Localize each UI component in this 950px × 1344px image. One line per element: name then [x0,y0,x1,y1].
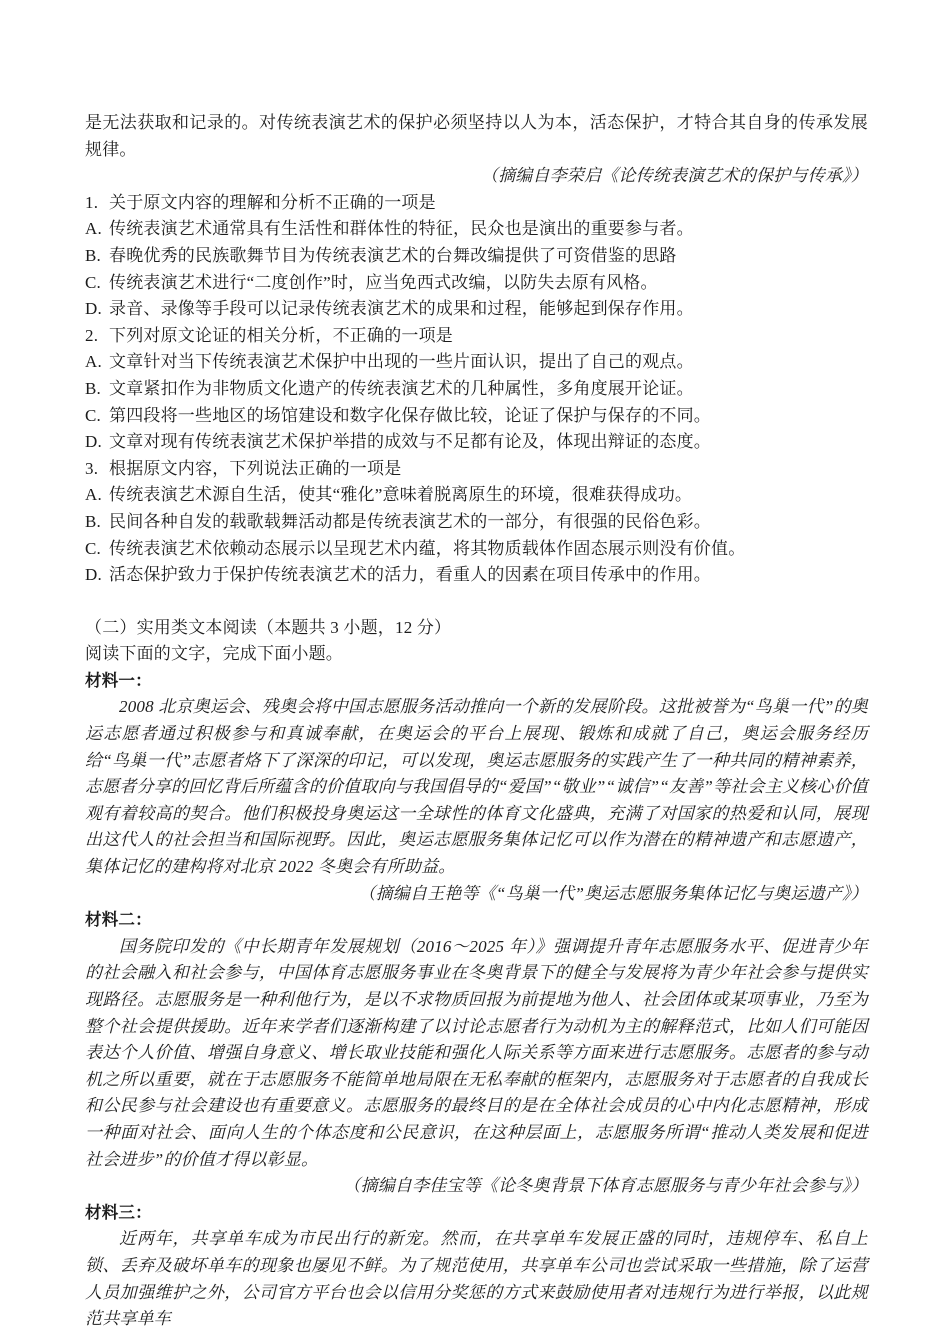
material-1-attribution: （摘编自王艳等《“鸟巢一代”奥运志愿服务集体记忆与奥运遗产》） [85,881,868,908]
question-2-option-d: D. 文章对现有传统表演艺术保护举措的成效与不足都有论及，体现出辩证的态度。 [85,429,868,456]
option-c-text: 传统表演艺术进行“二度创作”时，应当免西式改编，以防失去原有风格。 [109,270,658,297]
question-2-stem: 2. 下列对原文论证的相关分析，不正确的一项是 [85,323,868,350]
option-c-label: C. [85,536,109,563]
question-1-option-c: C. 传统表演艺术进行“二度创作”时，应当免西式改编，以防失去原有风格。 [85,270,868,297]
question-1-option-b: B. 春晚优秀的民族歌舞节目为传统表演艺术的台舞改编提供了可资借鉴的思路 [85,243,868,270]
material-2-paragraph: 国务院印发的《中长期青年发展规划（2016～2025 年）》强调提升青年志愿服务… [85,934,868,1173]
question-1-number: 1. [85,190,109,217]
question-1-option-d: D. 录音、录像等手段可以记录传统表演艺术的成果和过程，能够起到保存作用。 [85,296,868,323]
question-3-stem: 3. 根据原文内容，下列说法正确的一项是 [85,456,868,483]
question-3-stem-text: 根据原文内容，下列说法正确的一项是 [109,456,401,483]
option-b-label: B. [85,243,109,270]
question-3-option-c: C. 传统表演艺术依赖动态展示以呈现艺术内蕴，将其物质载体作固态展示则没有价值。 [85,536,868,563]
option-a-text: 传统表演艺术通常具有生活性和群体性的特征，民众也是演出的重要参与者。 [109,216,694,243]
question-3-option-b: B. 民间各种自发的载歌载舞活动都是传统表演艺术的一部分，有很强的民俗色彩。 [85,509,868,536]
option-d-label: D. [85,562,109,589]
question-2-option-c: C. 第四段将一些地区的场馆建设和数字化保存做比较，论证了保护与保存的不同。 [85,403,868,430]
option-c-label: C. [85,403,109,430]
question-3-option-d: D. 活态保护致力于保护传统表演艺术的活力，看重人的因素在项目传承中的作用。 [85,562,868,589]
material-2-attribution: （摘编自李佳宝等《论冬奥背景下体育志愿服务与青少年社会参与》） [85,1173,868,1200]
material-3-paragraph: 近两年，共享单车成为市民出行的新宠。然而，在共享单车发展正盛的同时，违规停车、私… [85,1226,868,1332]
question-1-option-a: A. 传统表演艺术通常具有生活性和群体性的特征，民众也是演出的重要参与者。 [85,216,868,243]
option-a-label: A. [85,482,109,509]
exam-page: 是无法获取和记录的。对传统表演艺术的保护必须坚持以人为本，活态保护，才特合其自身… [85,0,868,1333]
question-2-number: 2. [85,323,109,350]
option-a-text: 文章针对当下传统表演艺术保护中出现的一些片面认识，提出了自己的观点。 [109,349,694,376]
option-c-text: 第四段将一些地区的场馆建设和数字化保存做比较，论证了保护与保存的不同。 [109,403,711,430]
question-1-stem-text: 关于原文内容的理解和分析不正确的一项是 [109,190,436,217]
option-c-text: 传统表演艺术依赖动态展示以呈现艺术内蕴，将其物质载体作固态展示则没有价值。 [109,536,745,563]
option-b-text: 文章紧扣作为非物质文化遗产的传统表演艺术的几种属性，多角度展开论证。 [109,376,694,403]
option-d-text: 录音、录像等手段可以记录传统表演艺术的成果和过程，能够起到保存作用。 [109,296,694,323]
option-c-label: C. [85,270,109,297]
option-b-text: 春晚优秀的民族歌舞节目为传统表演艺术的台舞改编提供了可资借鉴的思路 [109,243,677,270]
option-b-text: 民间各种自发的载歌载舞活动都是传统表演艺术的一部分，有很强的民俗色彩。 [109,509,711,536]
section-instruction: 阅读下面的文字，完成下面小题。 [85,641,868,668]
question-1-stem: 1. 关于原文内容的理解和分析不正确的一项是 [85,190,868,217]
material-1-heading: 材料一： [85,668,868,695]
option-a-label: A. [85,349,109,376]
question-2-stem-text: 下列对原文论证的相关分析，不正确的一项是 [109,323,453,350]
material-3-heading: 材料三： [85,1200,868,1227]
option-b-label: B. [85,509,109,536]
option-d-label: D. [85,296,109,323]
option-a-text: 传统表演艺术源自生活，使其“雅化”意味着脱离原生的环境，很难获得成功。 [109,482,692,509]
section-title: （二）实用类文本阅读（本题共 3 小题，12 分） [85,615,868,642]
option-a-label: A. [85,216,109,243]
option-b-label: B. [85,376,109,403]
question-3-number: 3. [85,456,109,483]
option-d-text: 活态保护致力于保护传统表演艺术的活力，看重人的因素在项目传承中的作用。 [109,562,711,589]
option-d-label: D. [85,429,109,456]
material-1-paragraph: 2008 北京奥运会、残奥会将中国志愿服务活动推向一个新的发展阶段。这批被誉为“… [85,694,868,880]
question-2-option-b: B. 文章紧扣作为非物质文化遗产的传统表演艺术的几种属性，多角度展开论证。 [85,376,868,403]
question-3-option-a: A. 传统表演艺术源自生活，使其“雅化”意味着脱离原生的环境，很难获得成功。 [85,482,868,509]
question-2-option-a: A. 文章针对当下传统表演艺术保护中出现的一些片面认识，提出了自己的观点。 [85,349,868,376]
option-d-text: 文章对现有传统表演艺术保护举措的成效与不足都有论及，体现出辩证的态度。 [109,429,711,456]
continuation-paragraph: 是无法获取和记录的。对传统表演艺术的保护必须坚持以人为本，活态保护，才特合其自身… [85,110,868,163]
material-2-heading: 材料二： [85,907,868,934]
attribution-source-1: （摘编自李荣启《论传统表演艺术的保护与传承》） [85,163,868,190]
